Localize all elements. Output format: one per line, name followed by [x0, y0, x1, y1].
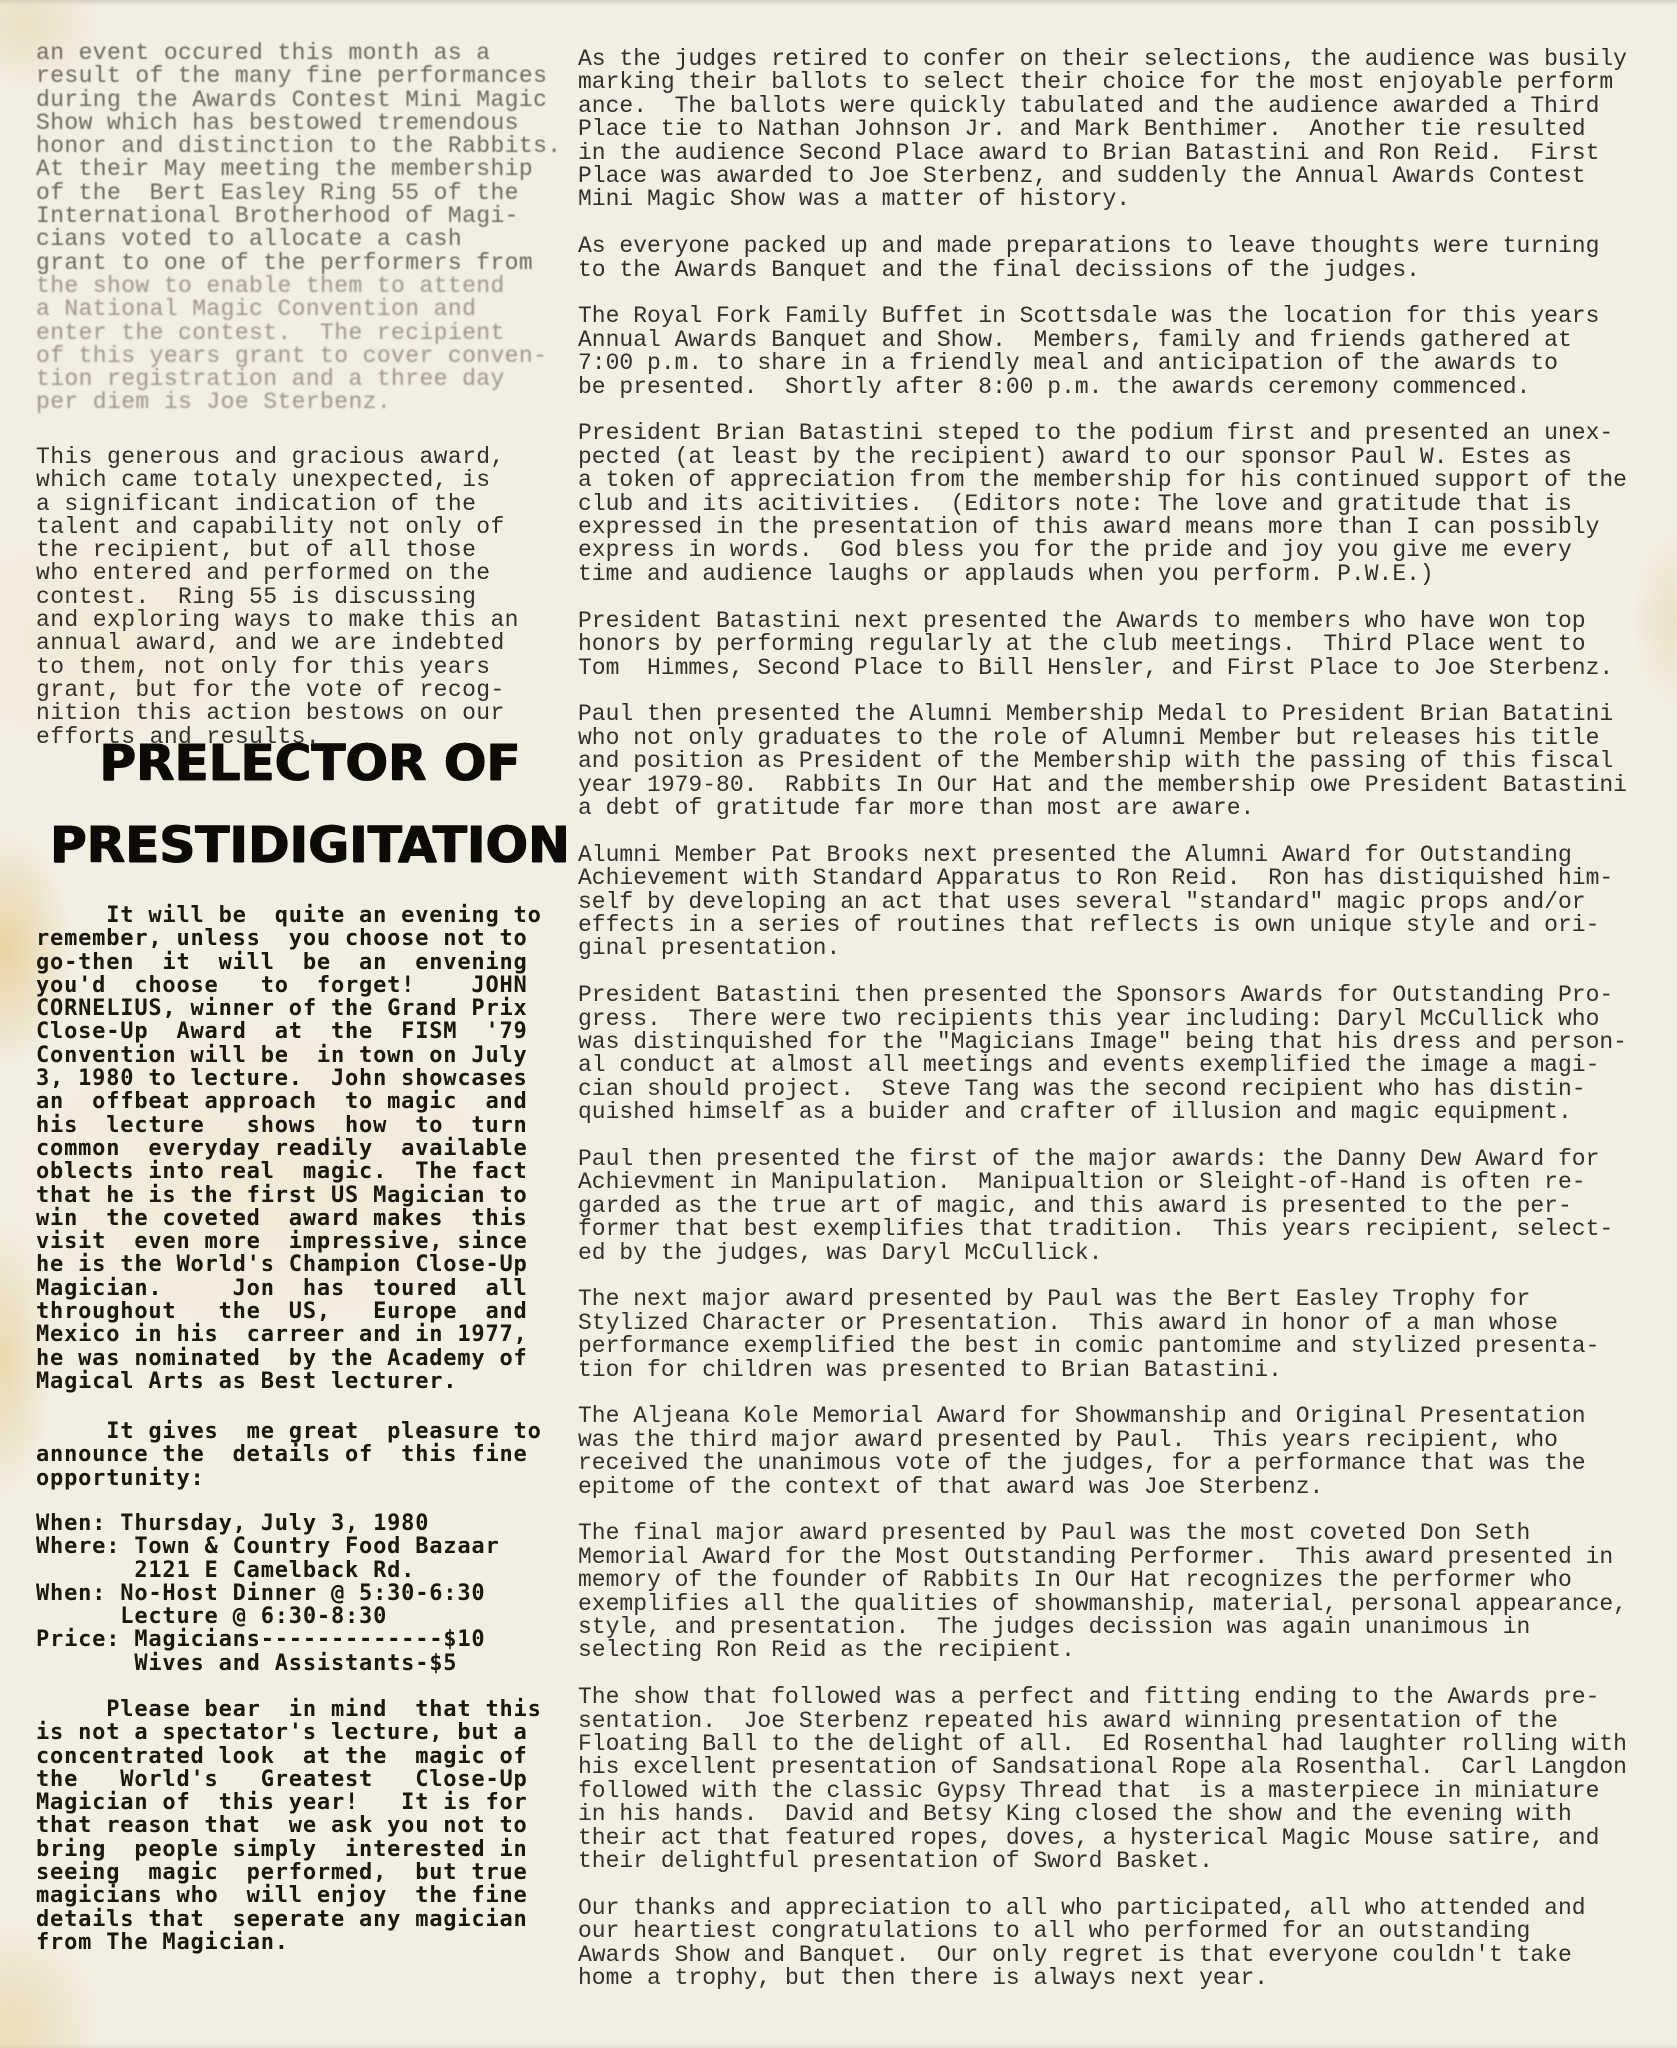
article-paragraph: President Batastini next presented the A…: [578, 610, 1670, 680]
lecture-paragraph: It will be quite an evening to remember,…: [36, 904, 542, 1393]
note-paragraph: Please bear in mind that this is not a s…: [36, 1698, 542, 1954]
event-schedule: When: Thursday, July 3, 1980 Where: Town…: [36, 1512, 500, 1675]
article-paragraph: Paul then presented the first of the maj…: [578, 1148, 1670, 1265]
intro-paragraph: an event occured this month as a result …: [36, 42, 561, 275]
article-paragraph: Our thanks and appreciation to all who p…: [578, 1897, 1670, 1991]
section-heading-line1: PRELECTOR OF: [36, 722, 584, 804]
article-paragraph: The next major award presented by Paul w…: [578, 1288, 1670, 1382]
article-paragraph: The Royal Fork Family Buffet in Scottsda…: [578, 305, 1670, 399]
article-paragraph: Alumni Member Pat Brooks next presented …: [578, 844, 1670, 961]
right-column: As the judges retired to confer on their…: [578, 48, 1670, 2014]
article-paragraph: The show that followed was a perfect and…: [578, 1686, 1670, 1873]
article-paragraph: The final major award presented by Paul …: [578, 1522, 1670, 1662]
article-paragraph: The Aljeana Kole Memorial Award for Show…: [578, 1405, 1670, 1499]
article-paragraph: As the judges retired to confer on their…: [578, 48, 1670, 212]
intro-paragraph-faded: the show to enable them to attend a Nati…: [36, 275, 547, 415]
announcement-paragraph: It gives me great pleasure to announce t…: [36, 1420, 542, 1490]
section-heading-line2: PRESTIDIGITATION: [36, 804, 584, 886]
grant-paragraph: This generous and gracious award, which …: [36, 446, 519, 749]
article-paragraph: Paul then presented the Alumni Membershi…: [578, 703, 1670, 820]
article-paragraph: President Batastini then presented the S…: [578, 984, 1670, 1124]
article-paragraph: As everyone packed up and made preparati…: [578, 235, 1670, 282]
article-paragraph: President Brian Batastini steped to the …: [578, 422, 1670, 586]
section-heading: PRELECTOR OF PRESTIDIGITATION: [36, 722, 584, 886]
